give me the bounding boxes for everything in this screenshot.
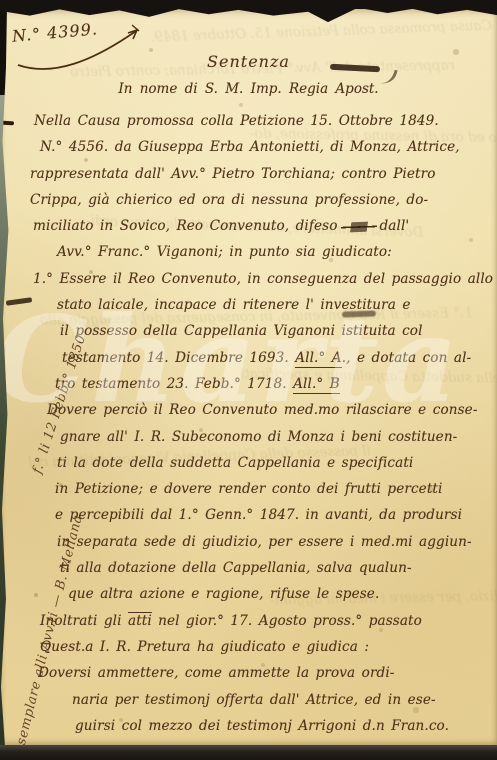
body-text: Nella Causa promossa colla Petizione 15.…	[0, 113, 497, 744]
body-line: 1.° Essere il Reo Convenuto, in consegue…	[33, 271, 497, 297]
body-line-text: que altra azione e ragione, rifuse le sp…	[68, 586, 379, 602]
body-line-text: Dovere perciò il Reo Convenuto med.mo ri…	[47, 402, 478, 418]
body-line: Doversi ammettere, come ammette la prova…	[38, 665, 497, 691]
scanned-document: Nella Causa promossa colla Petizione 15.…	[0, 0, 497, 760]
body-line: Crippa, già chierico ed ora di nessuna p…	[30, 192, 497, 218]
body-line-text: nel gior.° 17. Agosto pross.° passato	[152, 613, 422, 629]
body-line-text: Crippa, già chierico ed ora di nessuna p…	[30, 192, 428, 208]
body-line-text: gnare all' I. R. Subeconomo di Monza i b…	[60, 429, 457, 445]
scan-bottom-edge	[0, 745, 497, 760]
body-line-text: 1.° Essere il Reo Convenuto, in consegue…	[33, 271, 493, 287]
body-line: Nella Causa promossa colla Petizione 15.…	[34, 113, 497, 139]
body-line-text: miciliato in Sovico, Reo Convenuto, dife…	[33, 218, 338, 234]
body-line-text: Doversi ammettere, come ammette la prova…	[38, 665, 395, 681]
body-line: que altra azione e ragione, rifuse le sp…	[68, 586, 497, 612]
body-line-text: ti la dote della suddetta Cappellania e …	[57, 455, 413, 471]
body-line-text: stato laicale, incapace di ritenere l' i…	[57, 297, 410, 313]
body-line-text: ti alla dotazione della Cappellania, sal…	[60, 560, 412, 576]
body-line: guirsi col mezzo dei testimonj Arrigoni …	[75, 718, 497, 744]
manuscript-paper: Nella Causa promossa colla Petizione 15.…	[0, 9, 497, 746]
body-line-text: ., e dotata con al-	[342, 350, 472, 366]
body-line: miciliato in Sovico, Reo Convenuto, dife…	[33, 218, 497, 244]
body-line: rappresentata dall' Avv.° Pietro Torchia…	[30, 166, 497, 192]
body-line: Inoltrati gli atti nel gior.° 17. Agosto…	[40, 613, 497, 639]
body-line-text: All.° A	[295, 350, 341, 368]
body-line-text: N.° 4556. da Giuseppa Erba Antonietti, d…	[40, 139, 460, 155]
body-line: Dovere perciò il Reo Convenuto med.mo ri…	[47, 402, 497, 428]
body-line-text: il possesso della Cappellania Viganoni i…	[60, 323, 423, 339]
body-line: Quest.a I. R. Pretura ha giudicato e giu…	[40, 639, 497, 665]
body-line: in Petizione; e dovere render conto dei …	[55, 481, 497, 507]
body-line: testamento 14. Dicembre 1693. All.° A., …	[62, 350, 497, 376]
body-line: N.° 4556. da Giuseppa Erba Antonietti, d…	[40, 139, 497, 165]
body-line-text: All.° B	[293, 376, 340, 394]
pen-flourish-stroke	[8, 19, 158, 81]
body-line-text: rappresentata dall' Avv.° Pietro Torchia…	[30, 166, 435, 182]
body-line-text: in separata sede di giudizio, per essere…	[57, 534, 472, 550]
body-line-text: in Petizione; e dovere render conto dei …	[55, 481, 442, 497]
ghost-text-line: Nella Causa promossa colla Petizione 15.…	[150, 16, 497, 45]
body-line-text: tro testamento 23. Febb.° 1718.	[55, 376, 293, 392]
body-line: Avv.° Franc.° Viganoni; in punto sia giu…	[57, 244, 497, 270]
body-line-text: Nella Causa promossa colla Petizione 15.…	[34, 113, 439, 129]
body-line: in separata sede di giudizio, per essere…	[57, 534, 497, 560]
body-line: tro testamento 23. Febb.° 1718. All.° B	[55, 376, 497, 402]
body-line: ti la dote della suddetta Cappellania e …	[57, 455, 497, 481]
invocation-line: In nome di S. M. Imp. Regia Apost.	[0, 81, 497, 97]
body-line-text: naria per testimonj offerta dall' Attric…	[72, 692, 436, 708]
body-line-text: Avv.° Franc.° Viganoni; in punto sia giu…	[57, 244, 392, 260]
body-line: e percepibili dal 1.° Genn.° 1847. in av…	[55, 507, 497, 533]
body-line: stato laicale, incapace di ritenere l' i…	[57, 297, 497, 323]
body-line: il possesso della Cappellania Viganoni i…	[60, 323, 497, 349]
body-line-text: testamento 14. Dicembre 1693.	[62, 350, 295, 366]
body-line-text: e percepibili dal 1.° Genn.° 1847. in av…	[55, 507, 462, 523]
body-line-text: Quest.a I. R. Pretura ha giudicato e giu…	[40, 639, 369, 655]
struck-out-word	[340, 221, 376, 232]
body-line-text: guirsi col mezzo dei testimonj Arrigoni …	[75, 718, 449, 734]
body-line: naria per testimonj offerta dall' Attric…	[72, 692, 497, 718]
body-line-text: dall'	[380, 218, 410, 234]
body-line: ti alla dotazione della Cappellania, sal…	[60, 560, 497, 586]
body-line-text: atti	[128, 613, 152, 629]
document-title: Sentenza	[0, 52, 497, 71]
body-line: gnare all' I. R. Subeconomo di Monza i b…	[60, 429, 497, 455]
